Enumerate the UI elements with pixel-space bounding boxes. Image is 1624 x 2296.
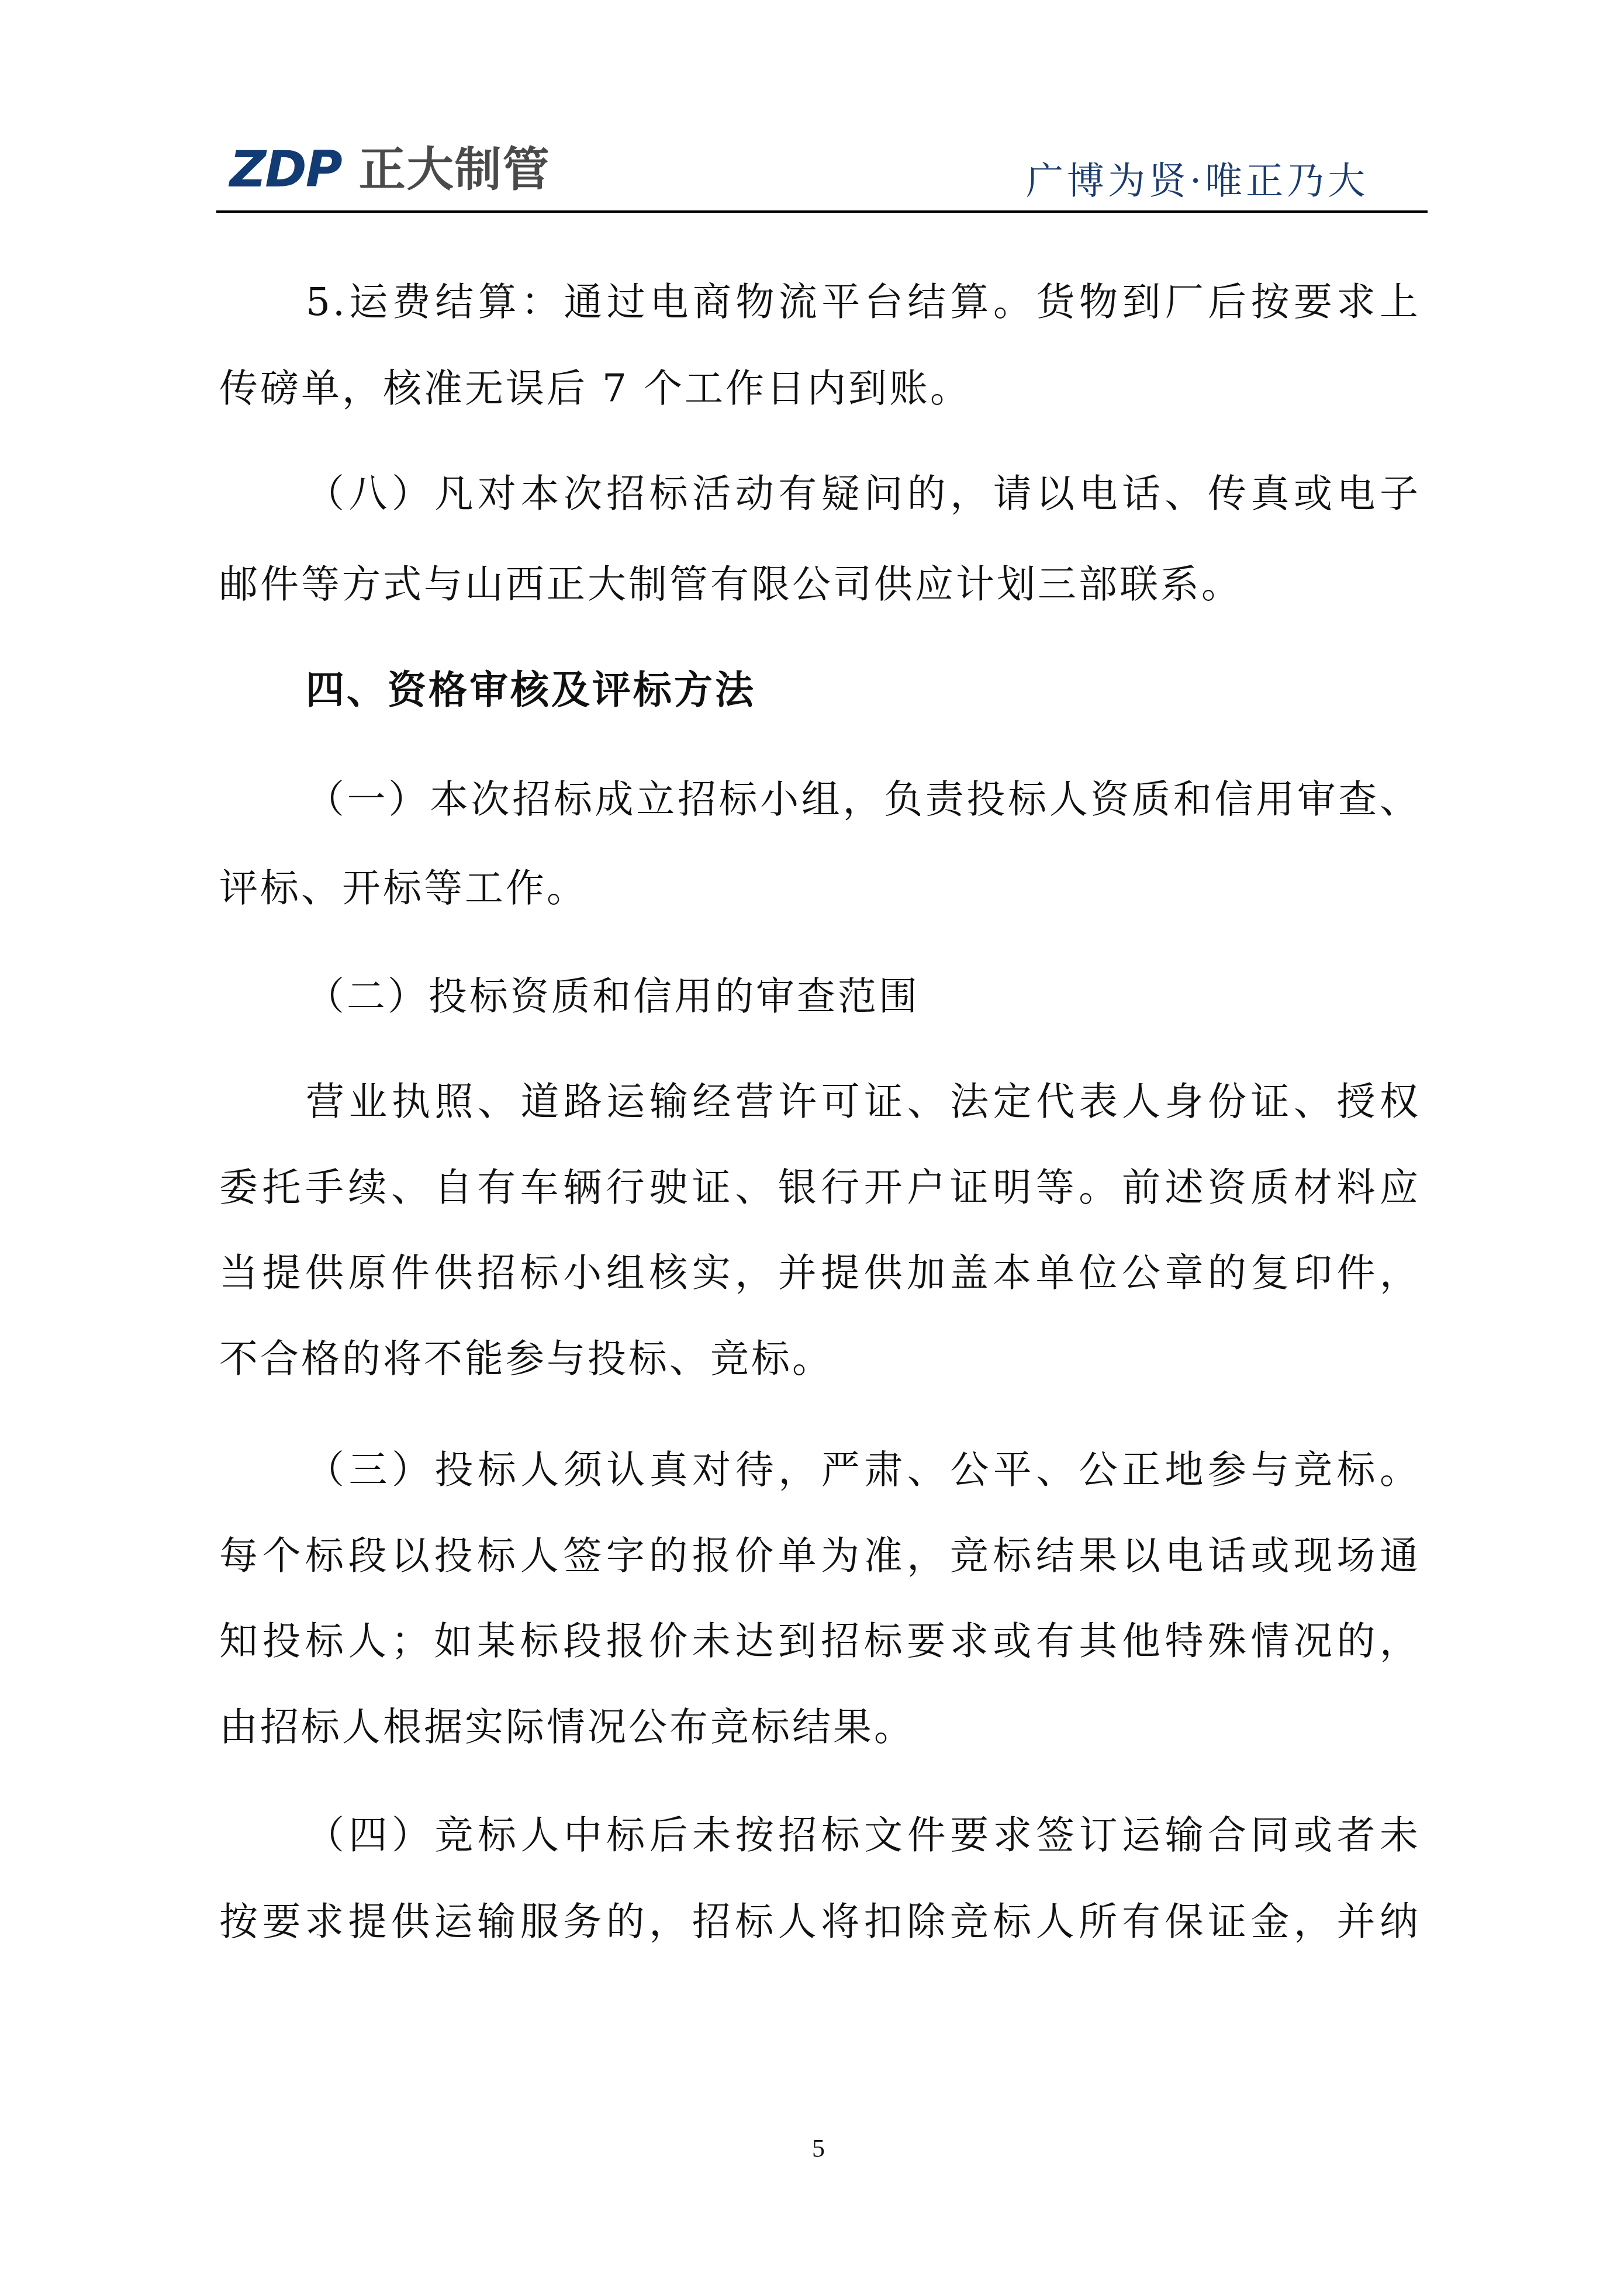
paragraph-line: 营业执照、道路运输经营许可证、法定代表人身份证、授权	[306, 1073, 1421, 1131]
section-heading: 四、资格审核及评标方法	[306, 661, 1421, 719]
paragraph-line: 当提供原件供招标小组核实，并提供加盖本单位公章的复印件，	[219, 1244, 1421, 1302]
paragraph-line: 由招标人根据实际情况公布竞标结果。	[219, 1698, 1421, 1756]
page-number: 5	[807, 2134, 830, 2164]
zdp-logo-mark: ZDP	[230, 146, 341, 193]
paragraph-line: （八）凡对本次招标活动有疑问的，请以电话、传真或电子	[306, 465, 1421, 523]
paragraph-line: 传磅单，核准无误后 7 个工作日内到账。	[219, 359, 1421, 418]
company-slogan: 广博为贤·唯正乃大	[1026, 158, 1369, 205]
paragraph-line: （四）竞标人中标后未按招标文件要求签订运输合同或者未	[306, 1806, 1421, 1865]
paragraph-line: 知投标人；如某标段报价未达到招标要求或有其他特殊情况的，	[219, 1612, 1421, 1671]
subsection-heading: （二）投标资质和信用的审查范围	[306, 967, 1421, 1026]
document-page: ZDP 正大制管 广博为贤·唯正乃大 5.运费结算：通过电商物流平台结算。货物到…	[0, 0, 1624, 2296]
paragraph-line: 5.运费结算：通过电商物流平台结算。货物到厂后按要求上	[306, 273, 1421, 331]
paragraph-line: 按要求提供运输服务的，招标人将扣除竞标人所有保证金，并纳	[219, 1893, 1421, 1951]
paragraph-line: 邮件等方式与山西正大制管有限公司供应计划三部联系。	[219, 555, 1421, 614]
company-name: 正大制管	[359, 146, 551, 193]
paragraph-line: （三）投标人须认真对待，严肃、公平、公正地参与竞标。	[306, 1441, 1421, 1499]
header-divider	[216, 210, 1428, 213]
paragraph-line: 不合格的将不能参与投标、竞标。	[219, 1330, 1421, 1388]
paragraph-line: 每个标段以投标人签字的报价单为准，竞标结果以电话或现场通	[219, 1527, 1421, 1585]
paragraph-line: 委托手续、自有车辆行驶证、银行开户证明等。前述资质材料应	[219, 1159, 1421, 1217]
paragraph-line: 评标、开标等工作。	[219, 859, 1421, 918]
company-logo: ZDP 正大制管	[230, 146, 551, 193]
paragraph-line: （一）本次招标成立招标小组，负责投标人资质和信用审查、	[306, 770, 1421, 829]
